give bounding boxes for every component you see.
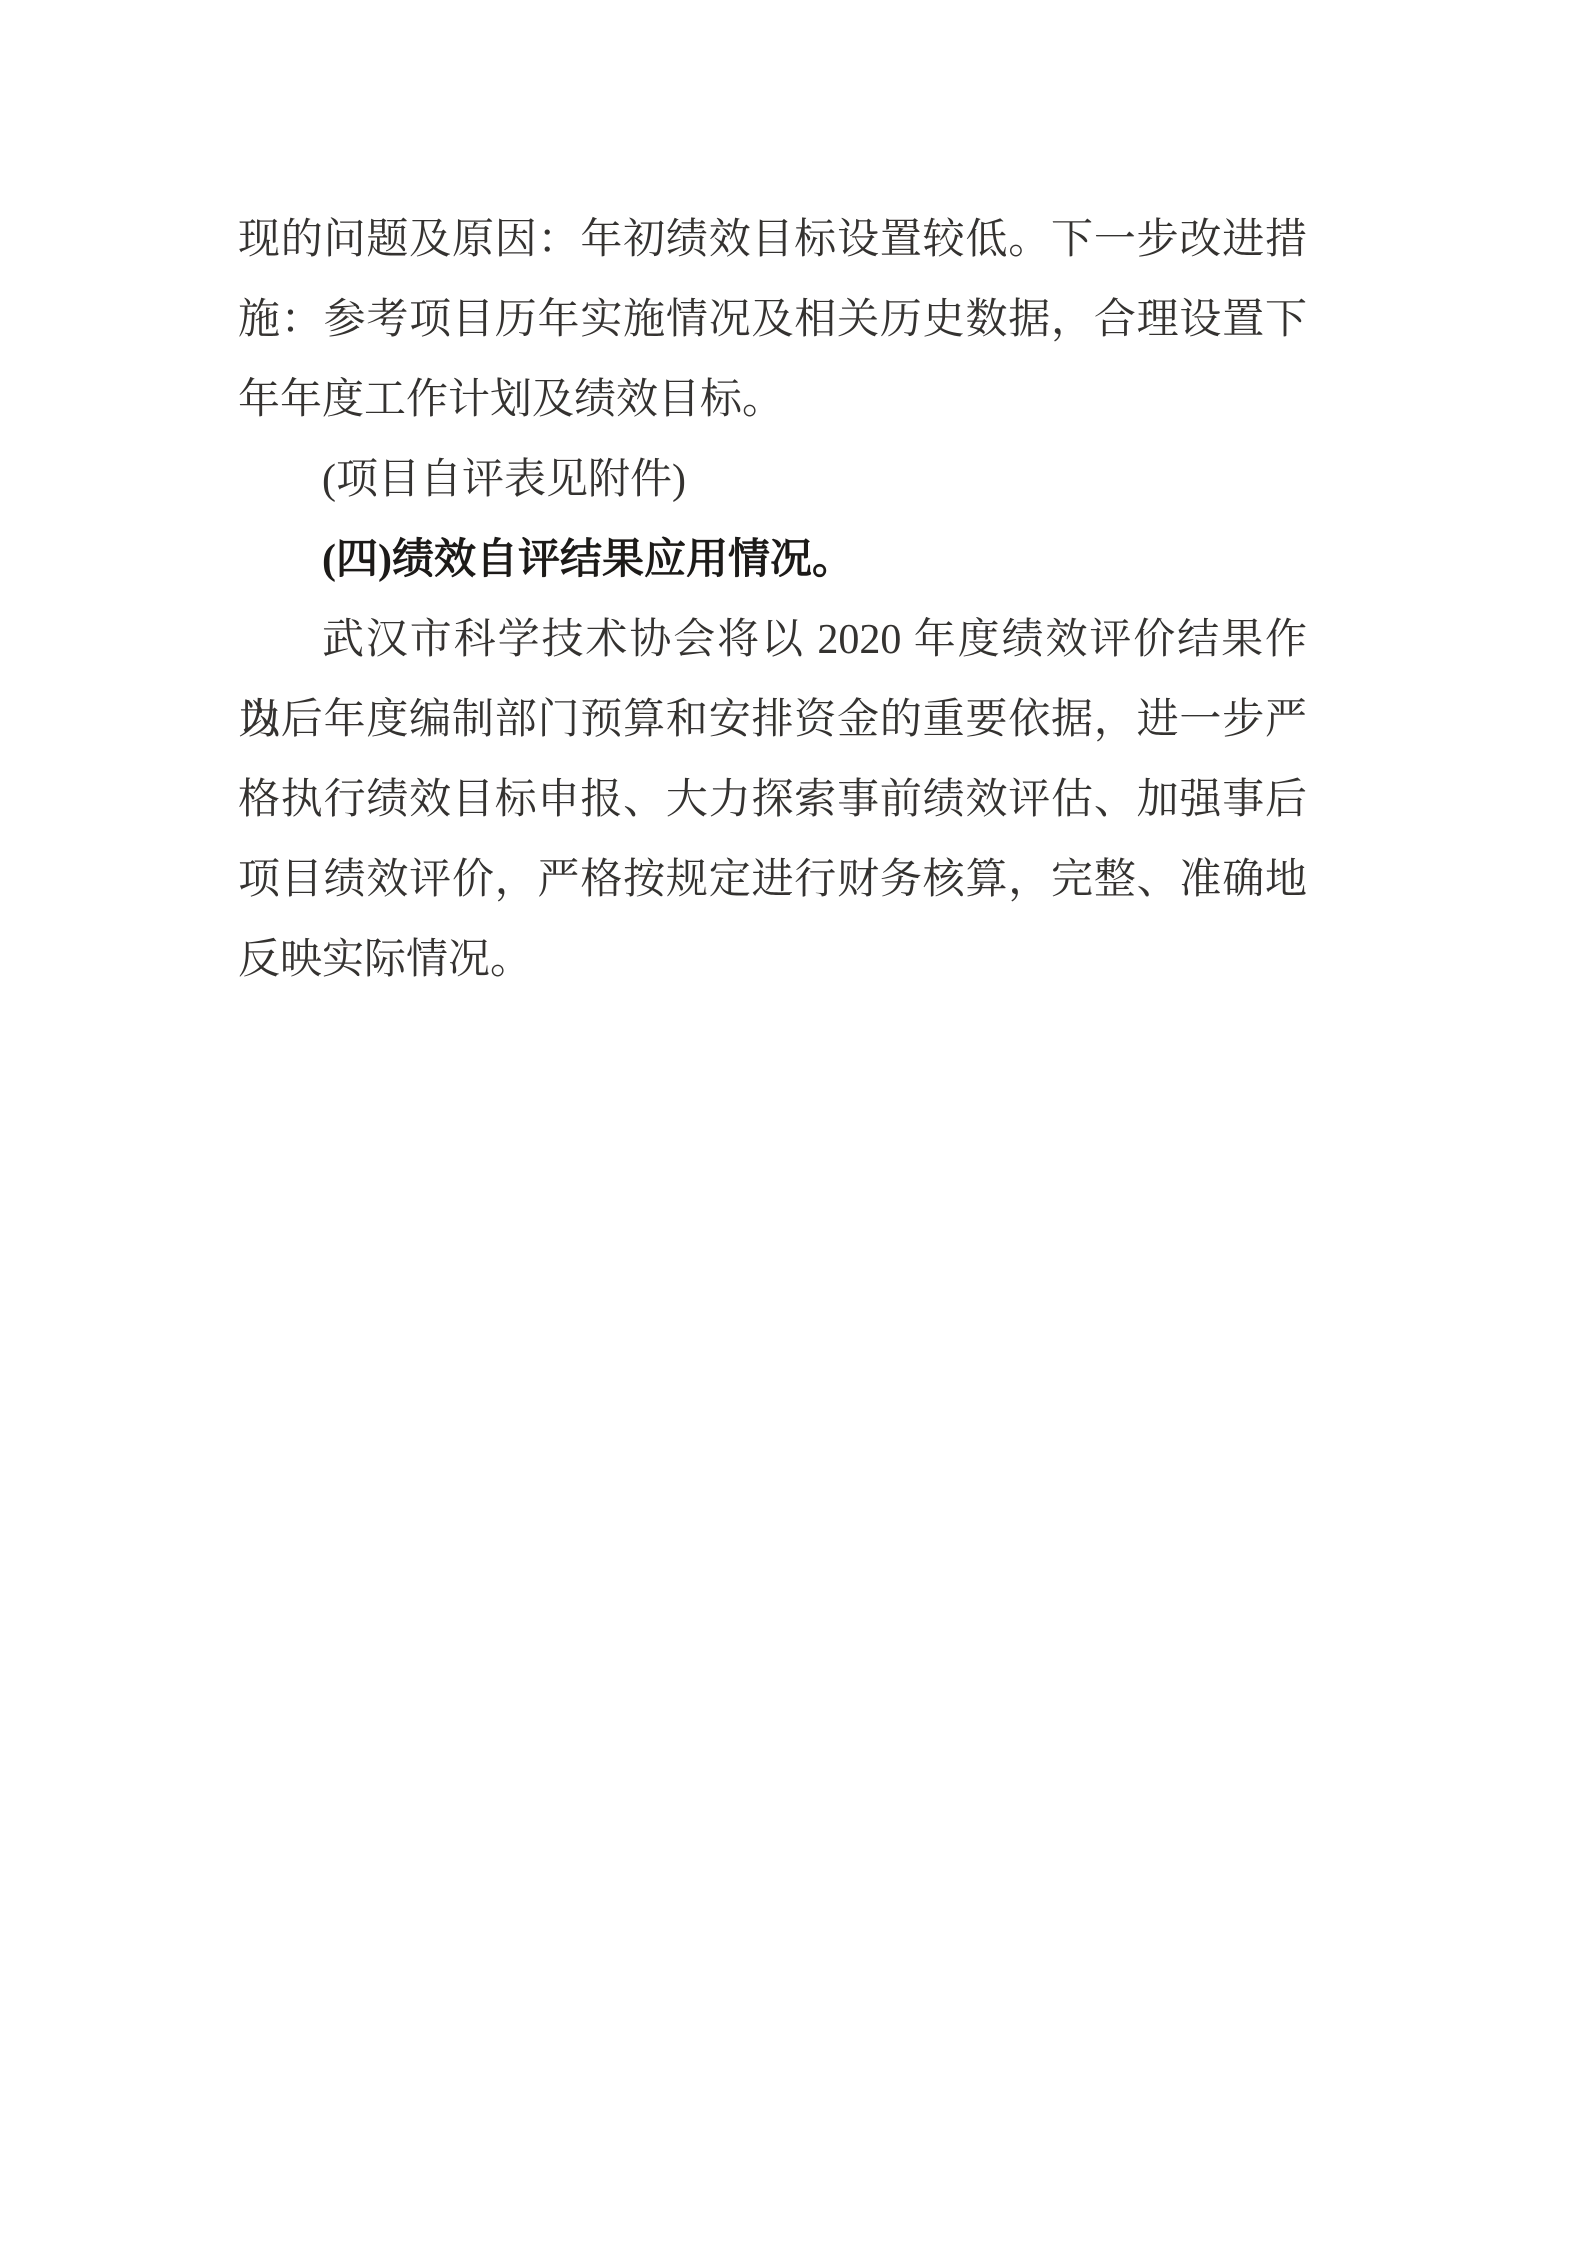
text-line: 现的问题及原因：年初绩效目标设置较低。下一步改进措 bbox=[238, 200, 1307, 280]
text-line: 项目绩效评价，严格按规定进行财务核算，完整、准确地 bbox=[238, 840, 1307, 920]
section-heading: (四)绩效自评结果应用情况。 bbox=[238, 520, 1307, 600]
text-line: 格执行绩效目标申报、大力探索事前绩效评估、加强事后 bbox=[238, 760, 1307, 840]
document-text-block: 现的问题及原因：年初绩效目标设置较低。下一步改进措 施：参考项目历年实施情况及相… bbox=[238, 200, 1307, 1000]
document-page: 现的问题及原因：年初绩效目标设置较低。下一步改进措 施：参考项目历年实施情况及相… bbox=[0, 0, 1588, 2246]
text-line: 施：参考项目历年实施情况及相关历史数据，合理设置下 bbox=[238, 280, 1307, 360]
text-line: 以后年度编制部门预算和安排资金的重要依据，进一步严 bbox=[238, 680, 1307, 760]
text-line: 武汉市科学技术协会将以 2020 年度绩效评价结果作为 bbox=[238, 600, 1307, 680]
text-line-attachment-note: (项目自评表见附件) bbox=[238, 440, 1307, 520]
text-line: 年年度工作计划及绩效目标。 bbox=[238, 360, 1307, 440]
text-line: 反映实际情况。 bbox=[238, 920, 1307, 1000]
